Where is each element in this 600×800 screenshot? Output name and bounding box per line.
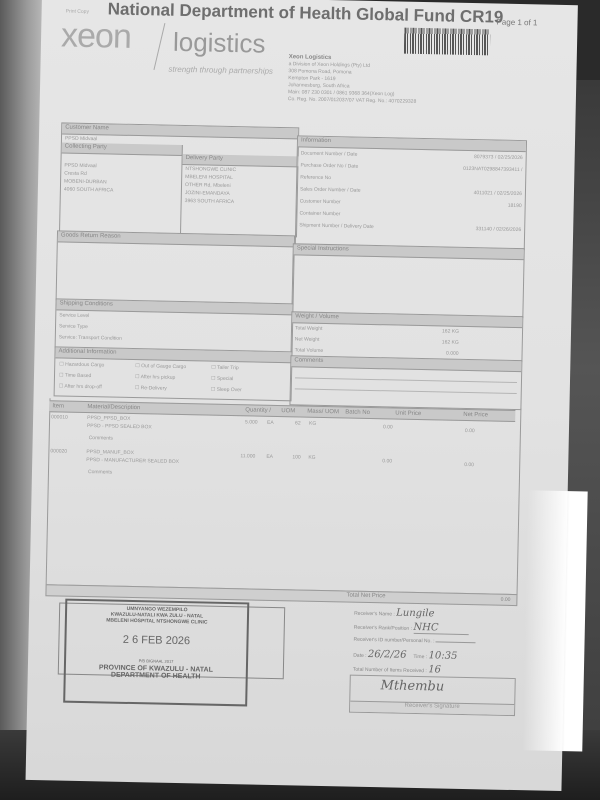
goods-return-header: Goods Return Reason (58, 231, 294, 247)
shipping-section: Shipping Conditions Service Level Servic… (55, 298, 294, 353)
col-material: Material/Description (87, 404, 140, 411)
light-glare (522, 490, 587, 751)
company-address: Xeon Logistics a Division of Xeon Holdin… (288, 54, 417, 106)
signature-box[interactable]: Mthembu Receiver's Signature (349, 675, 516, 716)
col-quantity: Quantity / (245, 407, 271, 414)
information-section: Information Document Number / Date807937… (295, 135, 527, 250)
stamp-date: 2 6 FEB 2026 (66, 633, 246, 649)
logo-brand: xeon (61, 16, 132, 56)
page-number: Page 1 of 1 (496, 18, 537, 28)
col-mass: Mass/ UOM (307, 409, 339, 416)
collecting-line: 4060 SOUTH AFRICA (64, 186, 182, 196)
collecting-header: Collecting Party (62, 142, 183, 156)
delivery-party: Delivery Party NTSHONGWE CLINIC MBELENI … (180, 154, 299, 236)
col-uom: UOM (281, 408, 295, 414)
col-net-price: Net Price (463, 412, 488, 419)
logo-tagline: strength through partnerships (168, 65, 273, 76)
barcode (404, 28, 491, 56)
signature: Mthembu (380, 678, 444, 694)
receiver-total-items-field[interactable]: Total Number of Items Received : 16 (353, 663, 441, 676)
total-label: Total Net Price (346, 593, 385, 600)
logo-product: logistics (173, 27, 266, 60)
comments-header: Comments (291, 356, 521, 372)
document-title: National Department of Health Global Fun… (107, 0, 503, 28)
comments-section: Comments (289, 355, 522, 410)
checkbox-after-hrs-dropoff[interactable]: ☐ After hrs drop-off (59, 381, 135, 394)
checkbox-sleep-over[interactable]: ☐ Sleep Over (211, 385, 287, 398)
clinic-stamp: UMNYANGO WEZEMPILO KWAZULU-NATALI KWA ZU… (63, 599, 249, 707)
receiver-id-field[interactable]: Receiver's ID number/Personal No. : (353, 637, 475, 646)
company-line: Co. Reg. No. 2007/012037/07 VAT Reg. No.… (288, 96, 417, 106)
additional-info-section: Additional Information ☐ Hazardous Cargo… (54, 346, 293, 401)
customer-section: Customer Name PPSD Midvaal Collecting Pa… (59, 122, 299, 237)
weight-section: Weight / Volume Total Weight162 KG Net W… (290, 311, 523, 362)
special-instructions-section: Special Instructions (291, 243, 524, 318)
collecting-party: PPSD Midvaal Cresta Rd MOBENI-DURBAN 406… (61, 161, 186, 196)
print-copy-label: Print Copy (66, 8, 89, 14)
logo-divider (153, 23, 165, 70)
signature-label: Receiver's Signature (350, 701, 514, 715)
receiver-rank-field[interactable]: Receiver's Rank/Position : NHC (354, 621, 469, 634)
goods-return-section: Goods Return Reason (56, 230, 295, 305)
delivery-line: 3963 SOUTH AFRICA (185, 197, 295, 207)
special-instructions-header: Special Instructions (294, 244, 524, 260)
delivery-note-page: Print Copy National Department of Health… (26, 0, 578, 791)
total-value: 0.00 (501, 597, 511, 603)
col-batch: Batch No (345, 409, 370, 416)
receiver-date-field[interactable]: Date : 26/2/26 Time : 10:35 (353, 649, 457, 662)
col-unit-price: Unit Price (395, 410, 421, 417)
receiver-name-field[interactable]: Receiver's Name : Lungile (354, 607, 435, 620)
col-item: Item (52, 403, 64, 409)
checkbox-re-delivery[interactable]: ☐ Re-Delivery (135, 383, 211, 396)
